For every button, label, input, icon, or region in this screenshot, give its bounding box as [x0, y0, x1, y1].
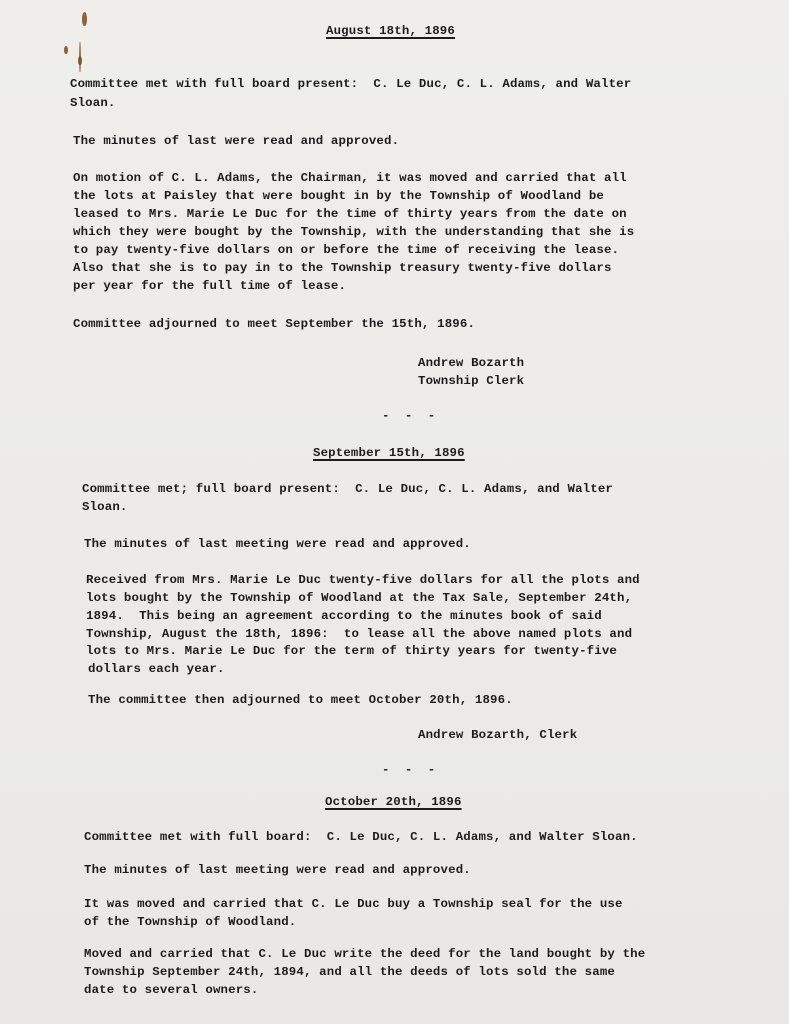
paragraph-line: Township, August the 18th, 1896: to leas…	[86, 628, 632, 640]
paragraph-line: The minutes of last meeting were read an…	[84, 864, 471, 876]
entry-heading: August 18th, 1896	[326, 25, 455, 37]
paragraph-line: date to several owners.	[84, 984, 258, 996]
paragraph-line: leased to Mrs. Marie Le Duc for the time…	[73, 208, 627, 220]
paragraph-line: Sloan.	[82, 501, 128, 513]
paragraph-line: Committee adjourned to meet September th…	[73, 318, 475, 330]
entry-heading: October 20th, 1896	[325, 796, 462, 808]
signature-line: Andrew Bozarth, Clerk	[418, 729, 577, 741]
paragraph-line: On motion of C. L. Adams, the Chairman, …	[73, 172, 627, 184]
paragraph-line: Received from Mrs. Marie Le Duc twenty-f…	[86, 574, 640, 586]
paragraph-line: Committee met with full board present: C…	[70, 78, 631, 90]
paragraph-line: It was moved and carried that C. Le Duc …	[84, 898, 623, 910]
paragraph-line: Committee met; full board present: C. Le…	[82, 483, 613, 495]
paragraph-line: Sloan.	[70, 97, 116, 109]
paragraph-line: dollars each year.	[88, 663, 225, 675]
signature-line: Andrew Bozarth	[418, 357, 524, 369]
paragraph-line: lots to Mrs. Marie Le Duc for the term o…	[86, 645, 617, 657]
typed-minutes-page: August 18th, 1896 Committee met with ful…	[0, 0, 789, 1024]
paragraph-line: which they were bought by the Township, …	[73, 226, 634, 238]
paragraph-line: the lots at Paisley that were bought in …	[73, 190, 604, 202]
paragraph-line: Township September 24th, 1894, and all t…	[84, 966, 615, 978]
section-separator: - - -	[382, 764, 439, 776]
paragraph-line: of the Township of Woodland.	[84, 916, 296, 928]
entry-heading: September 15th, 1896	[313, 447, 465, 459]
paragraph-line: The committee then adjourned to meet Oct…	[88, 694, 513, 706]
paragraph-line: per year for the full time of lease.	[73, 280, 346, 292]
paragraph-line: lots bought by the Township of Woodland …	[86, 592, 632, 604]
rust-stain	[82, 12, 87, 26]
section-separator: - - -	[382, 410, 439, 422]
paragraph-line: Committee met with full board: C. Le Duc…	[84, 831, 638, 843]
paragraph-line: The minutes of last meeting were read an…	[84, 538, 471, 550]
paragraph-line: Moved and carried that C. Le Duc write t…	[84, 948, 645, 960]
paragraph-line: The minutes of last were read and approv…	[73, 135, 399, 147]
rust-stain	[79, 42, 81, 72]
paragraph-line: to pay twenty-five dollars on or before …	[73, 244, 619, 256]
paragraph-line: 1894. This being an agreement according …	[86, 610, 602, 622]
signature-line: Township Clerk	[418, 375, 524, 387]
rust-stain	[64, 46, 68, 54]
paragraph-line: Also that she is to pay in to the Townsh…	[73, 262, 612, 274]
